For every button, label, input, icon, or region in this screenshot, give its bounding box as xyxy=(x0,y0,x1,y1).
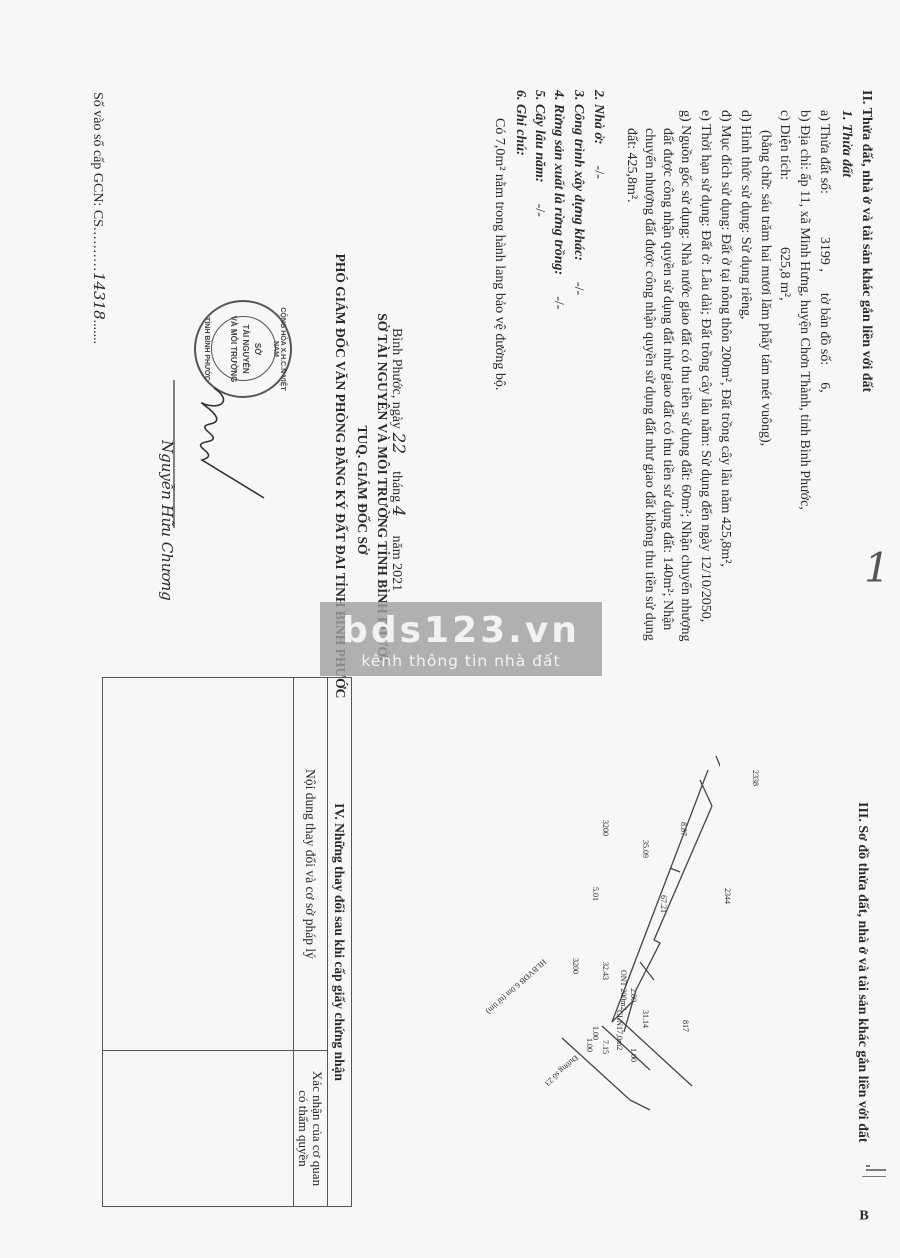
col-authority-line2: có thẩm quyền xyxy=(297,1051,311,1206)
signing-date: Bình Phước, ngày 22 tháng 4 năm 2021 xyxy=(388,328,408,591)
neighbor-parcel-2344: 2344 xyxy=(723,888,732,904)
parcel-number-value: 3199 xyxy=(817,237,832,265)
usage-term: e) Thời hạn sử dụng: Đất ở: Lâu dài; Đất… xyxy=(697,110,713,622)
edge-31-14: 31.14 xyxy=(641,1010,650,1028)
watermark-banner: bds123.vn kênh thông tin nhà đất xyxy=(320,602,602,676)
registry-value: 14318 xyxy=(90,272,108,320)
item-house-label: 2. Nhà ở: xyxy=(591,90,606,145)
map-sheet-value: 6, xyxy=(817,382,832,393)
signer-name: Nguyễn Hữu Chương xyxy=(158,440,176,601)
edge-8-87: 8.87 xyxy=(679,822,688,836)
item-forest: 4. Rừng sản xuất là rừng trồng: -/- xyxy=(550,90,566,309)
edge-2-80: 2.80 xyxy=(629,988,638,1002)
usage-origin-3: chuyển nhượng đất được công nhận quyền s… xyxy=(641,128,657,641)
date-month: 4 xyxy=(388,506,408,517)
date-place: Bình Phước, ngày xyxy=(389,328,404,429)
item-construction-label: 3. Công trình xây dựng khác: xyxy=(571,90,586,261)
address-line: b) Địa chỉ: ấp 11, xã Minh Hưng, huyện C… xyxy=(796,110,812,510)
date-day: 22 xyxy=(388,432,408,454)
page-mark: 1 xyxy=(864,546,889,592)
col-authority-confirmation: Xác nhận của cơ quan có thẩm quyền xyxy=(294,1051,328,1207)
authority-confirmation-cell xyxy=(103,1051,294,1207)
month-label: tháng xyxy=(389,471,404,502)
edge-1-00-b: 1.00 xyxy=(585,1038,594,1052)
section-2-title: II. Thửa đất, nhà ở và tài sản khác gắn … xyxy=(858,90,874,392)
area-value: 625,8 m², xyxy=(777,247,792,301)
land-label-cln: CLN17,0m2 xyxy=(615,1010,624,1050)
map-sheet-label: tờ bản đồ số: xyxy=(817,293,832,365)
section-3-title: III. Sơ đồ thửa đất, nhà ở và tài sản kh… xyxy=(854,802,870,1143)
registry-label: Số vào sổ cấp GCN: CS xyxy=(90,92,105,227)
neighbor-parcel-3200-b: 3200 xyxy=(571,958,580,974)
item-note-label: 6. Ghi chú: xyxy=(512,90,528,156)
parcel-number-row: a) Thửa đất số: 3199 , tờ bản đồ số: 6, xyxy=(816,110,832,393)
area-row: c) Diện tích: 625,8 m², xyxy=(776,110,792,301)
edge-7-15: 7.15 xyxy=(601,1040,610,1054)
changes-table: IV. Những thay đổi sau khi cấp giấy chứn… xyxy=(102,677,352,1207)
section-2-sub-parcel: 1. Thửa đất xyxy=(838,110,854,177)
changes-table-title: IV. Những thay đổi sau khi cấp giấy chứn… xyxy=(328,678,352,1207)
year-label: năm 2021 xyxy=(389,536,404,592)
item-perennial-value: -/- xyxy=(532,204,547,217)
change-content-cell xyxy=(103,678,294,1051)
parcel-number-label: a) Thửa đất số: xyxy=(817,110,832,194)
item-forest-value: -/- xyxy=(551,296,566,309)
usage-origin-1: g) Nguồn gốc sử dụng: Nhà nước giao đất … xyxy=(677,110,693,642)
registry-number: Số vào sổ cấp GCN: CS..........14318....… xyxy=(89,92,108,344)
area-label: c) Diện tích: xyxy=(777,110,792,180)
usage-origin-4: đất: 425,8m². xyxy=(623,128,639,203)
item-perennial-label: 5. Cây lâu năm: xyxy=(532,90,547,183)
separator: , xyxy=(817,268,832,272)
item-perennial: 5. Cây lâu năm: -/- xyxy=(531,90,547,217)
item-forest-label: 4. Rừng sản xuất là rừng trồng: xyxy=(551,90,566,275)
watermark-tagline: kênh thông tin nhà đất xyxy=(320,652,602,670)
item-construction: 3. Công trình xây dựng khác: -/- xyxy=(570,90,586,295)
watermark-brand: bds123.vn xyxy=(320,610,602,652)
edge-1-00-c: 1.00 xyxy=(629,1048,638,1062)
north-label: B xyxy=(859,1209,868,1225)
item-house-value: -/- xyxy=(591,166,606,179)
neighbor-parcel-817: 817 xyxy=(681,1020,690,1032)
item-construction-value: -/- xyxy=(571,282,586,295)
col-change-content: Nội dung thay đổi và cơ sở pháp lý xyxy=(294,678,328,1051)
edge-32-43: 32.43 xyxy=(601,962,610,980)
edge-5-01: 5.01 xyxy=(591,887,600,901)
signature-scribble xyxy=(132,380,292,530)
item-house: 2. Nhà ở: -/- xyxy=(590,90,606,179)
usage-form: d) Hình thức sử dụng: Sử dụng riêng, xyxy=(737,110,753,319)
area-in-words: (bằng chữ: sáu trăm hai mươi lăm phẩy tá… xyxy=(757,130,773,446)
land-label-ont: ONT 200m2 xyxy=(619,970,628,1011)
usage-origin-2: đất được công nhận quyền sử dụng đất như… xyxy=(659,128,675,630)
neighbor-parcel-2338: 2338 xyxy=(751,770,760,786)
col-authority-line1: Xác nhận của cơ quan xyxy=(311,1051,325,1206)
edge-35-09: 35.09 xyxy=(641,840,650,858)
edge-67-21: 67.21 xyxy=(659,895,668,913)
neighbor-parcel-3200-a: 3200 xyxy=(601,820,610,836)
usage-purpose: đ) Mục đích sử dụng: Đất ở tại nông thôn… xyxy=(717,110,733,567)
item-note-text: Có 7,0m² nằm trong hành lang bảo vệ đườn… xyxy=(491,118,507,390)
